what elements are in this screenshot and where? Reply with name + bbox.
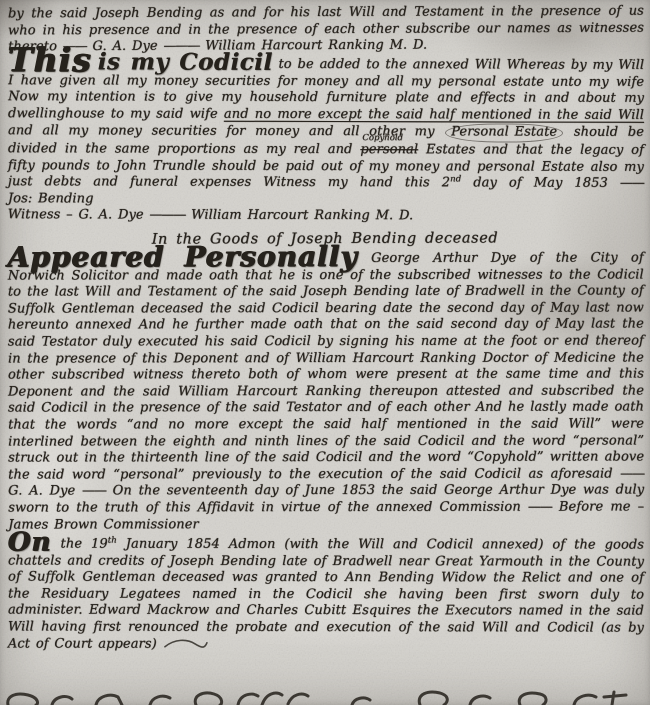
grant-text: the 19 [61, 536, 108, 551]
dash: ——— [149, 208, 185, 223]
witness-label: Witness – [8, 207, 73, 222]
witness-signature-dye: G. A. Dye [78, 207, 143, 222]
circled-phrase: Personal Estate [445, 123, 563, 142]
affidavit-paragraph: Appeared Personally George Arthur Dye of… [8, 250, 644, 533]
affidavit-text: George Arthur Dye of the City of Norwich… [8, 250, 644, 482]
scanned-probate-register-page: by the said Joseph Bending as and for hi… [0, 0, 650, 705]
codicil-heading: is my Codicil [98, 48, 273, 75]
ordinal-suffix: th [108, 535, 117, 545]
witness-signature-ranking: William Harcourt Ranking M. D. [191, 208, 413, 224]
cutoff-script-strokes [0, 688, 650, 705]
deponent-signature: G. A. Dye [8, 483, 75, 498]
dash: —— [528, 499, 552, 514]
emendation: Copyholdpersonal [360, 142, 418, 159]
struck-word-personal: personal [360, 142, 418, 157]
testator-signature: Jos: Bending [8, 191, 94, 206]
end-flourish [163, 637, 209, 649]
ordinal-suffix: nd [450, 174, 461, 184]
grant-text: January 1854 Admon (with the Will and Co… [8, 536, 644, 651]
interlined-phrase: and no more except the said half mention… [224, 106, 644, 122]
inserted-word-copyhold: Copyhold [362, 134, 403, 142]
dash: —— [82, 483, 106, 498]
codicil-paragraph: This is my Codicil to be added to the an… [8, 56, 644, 226]
codicil-text: day of May 1853 [473, 175, 608, 190]
dash: —— [620, 176, 644, 191]
cutoff-script-line [0, 688, 650, 705]
grant-paragraph: On the 19th January 1854 Admon (with the… [8, 536, 644, 653]
dash: —— [620, 466, 644, 481]
